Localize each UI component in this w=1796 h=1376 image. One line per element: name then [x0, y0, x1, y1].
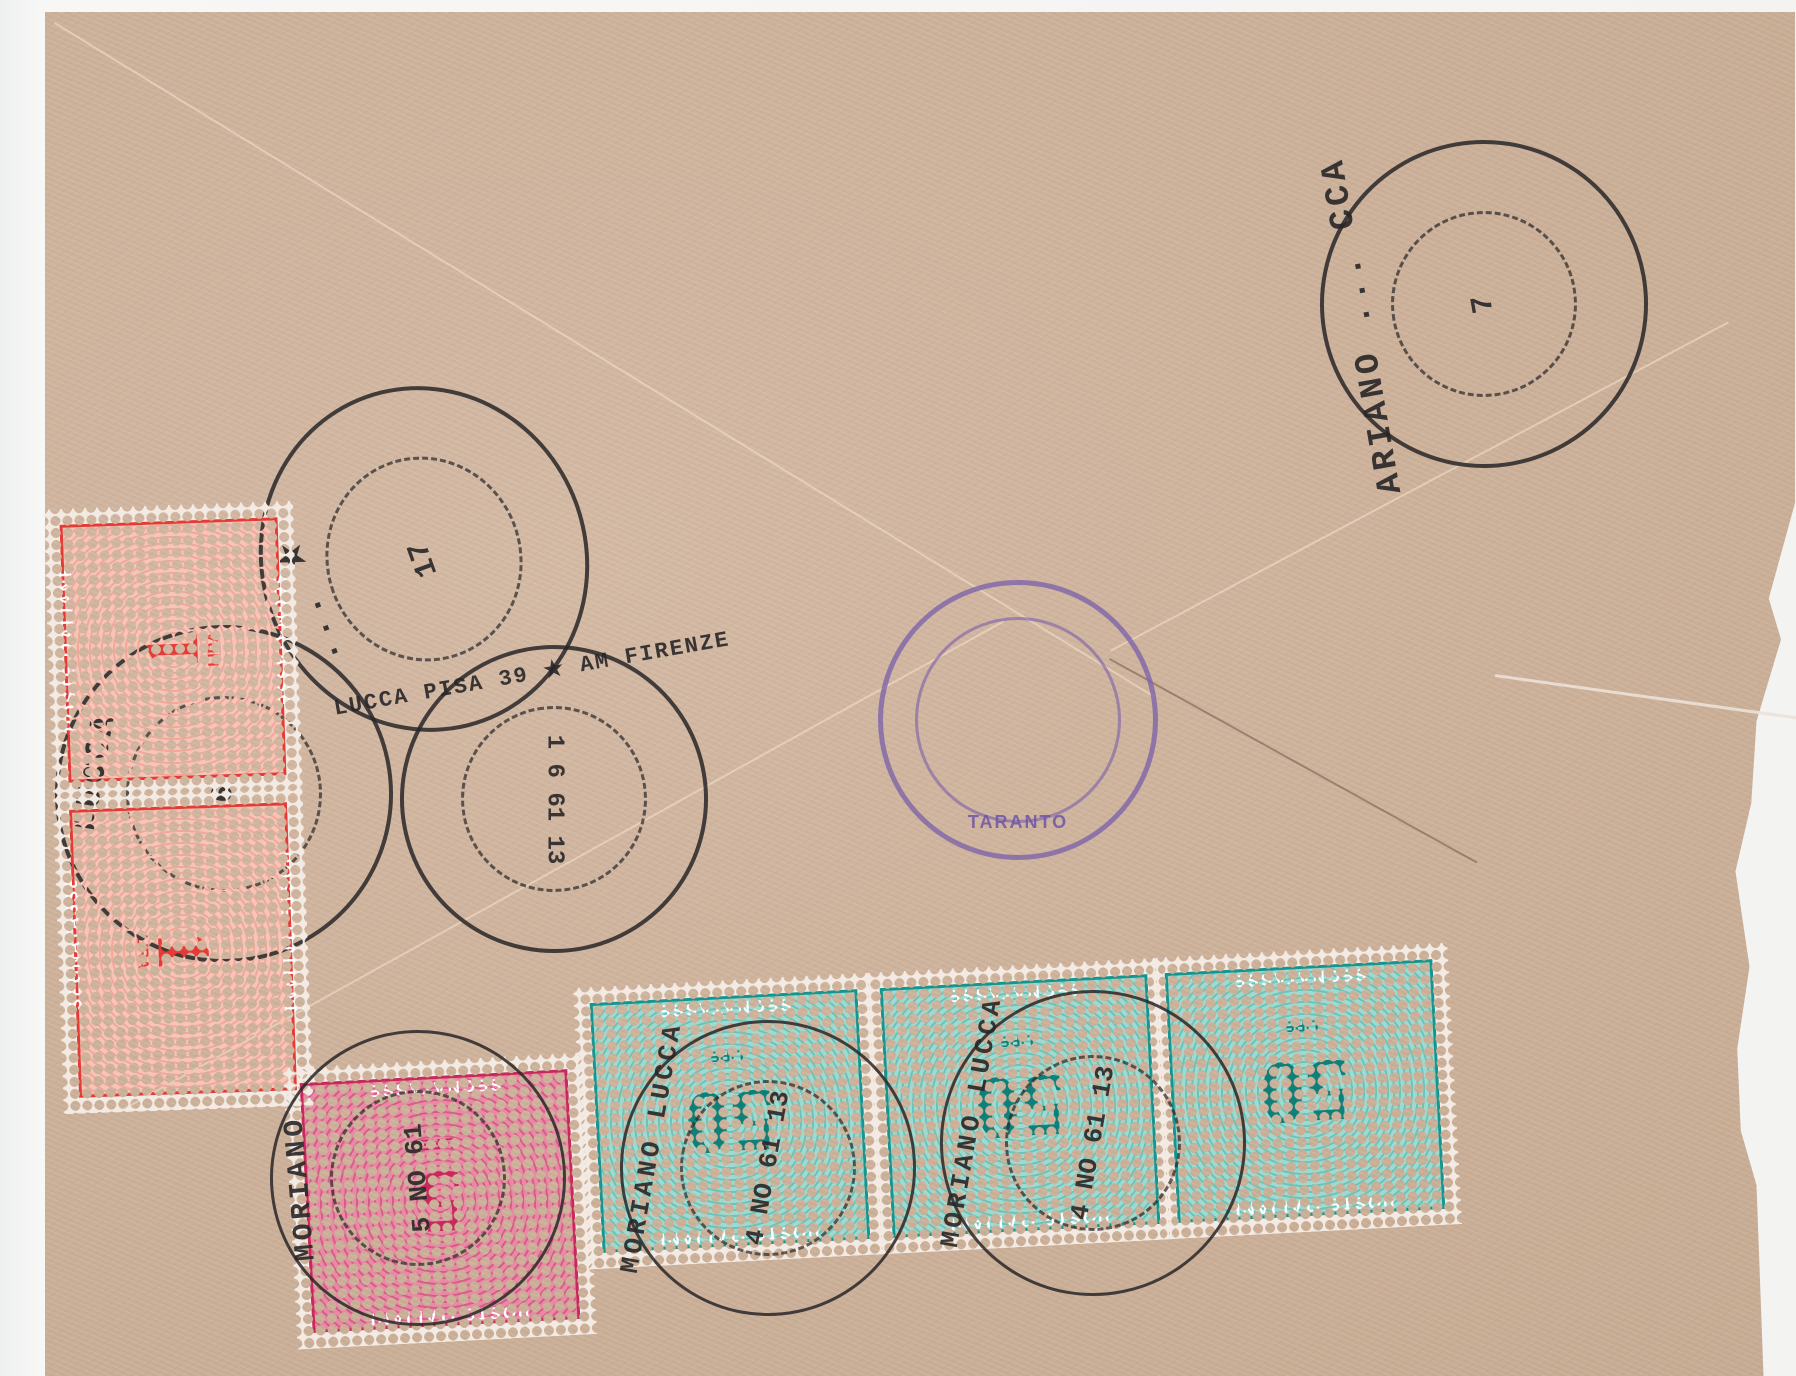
stamp-1-lira-bottom: SEGNATASSE POSTE ITALIANE 1 LIRA [52, 786, 313, 1115]
purple-seal-taranto: TARANTO [878, 580, 1158, 860]
stamp-1-lira-top: POSTE ITALIANE SEGNATASSE 1 LIRA [43, 501, 303, 800]
